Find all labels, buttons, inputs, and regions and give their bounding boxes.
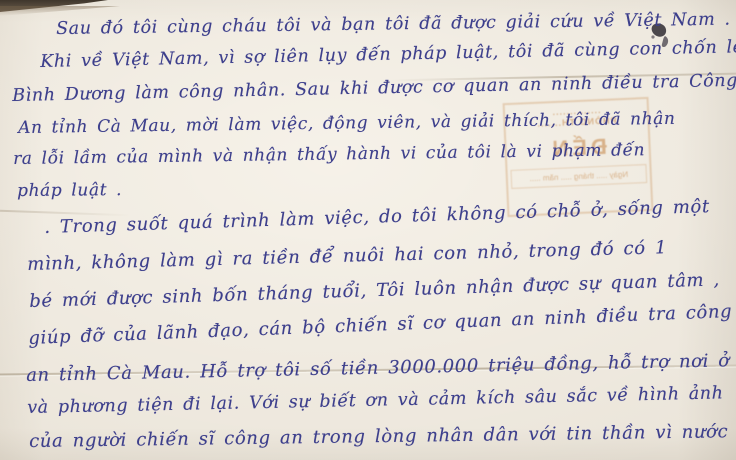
handwriting-line: . Trong suốt quá trình làm việc, do tôi … — [44, 196, 710, 238]
handwriting-line: An tỉnh Cà Mau, mời làm việc, động viên,… — [18, 109, 676, 139]
paper-corner-shadow-soft — [0, 6, 120, 16]
handwriting-line: pháp luật . — [17, 180, 122, 201]
letter-page: .............. PHÒNG TH....... ĐẾN Ngày … — [0, 0, 736, 460]
handwriting-line: và phương tiện đi lại. Với sự biết ơn và… — [27, 383, 724, 419]
handwriting-line: an tỉnh Cà Mau. Hỗ trợ tôi số tiền 3000.… — [26, 350, 730, 386]
handwriting-line: mình, không làm gì ra tiền để nuôi hai c… — [27, 237, 667, 275]
handwriting-line: Bình Dương làm công nhân. Sau khi được c… — [12, 71, 736, 107]
handwriting-line: ra lỗi lầm của mình và nhận thấy hành vi… — [13, 140, 645, 169]
stamp-date-line: Ngày ..... tháng ..... năm ..... — [510, 164, 647, 189]
handwriting-line: Khi về Việt Nam, vì sợ liên lụy đến pháp… — [40, 37, 736, 73]
handwriting-line: Sau đó tôi cùng cháu tôi và bạn tôi đã đ… — [56, 10, 731, 40]
handwriting-line: của người chiến sĩ công an trong lòng nh… — [29, 421, 728, 452]
